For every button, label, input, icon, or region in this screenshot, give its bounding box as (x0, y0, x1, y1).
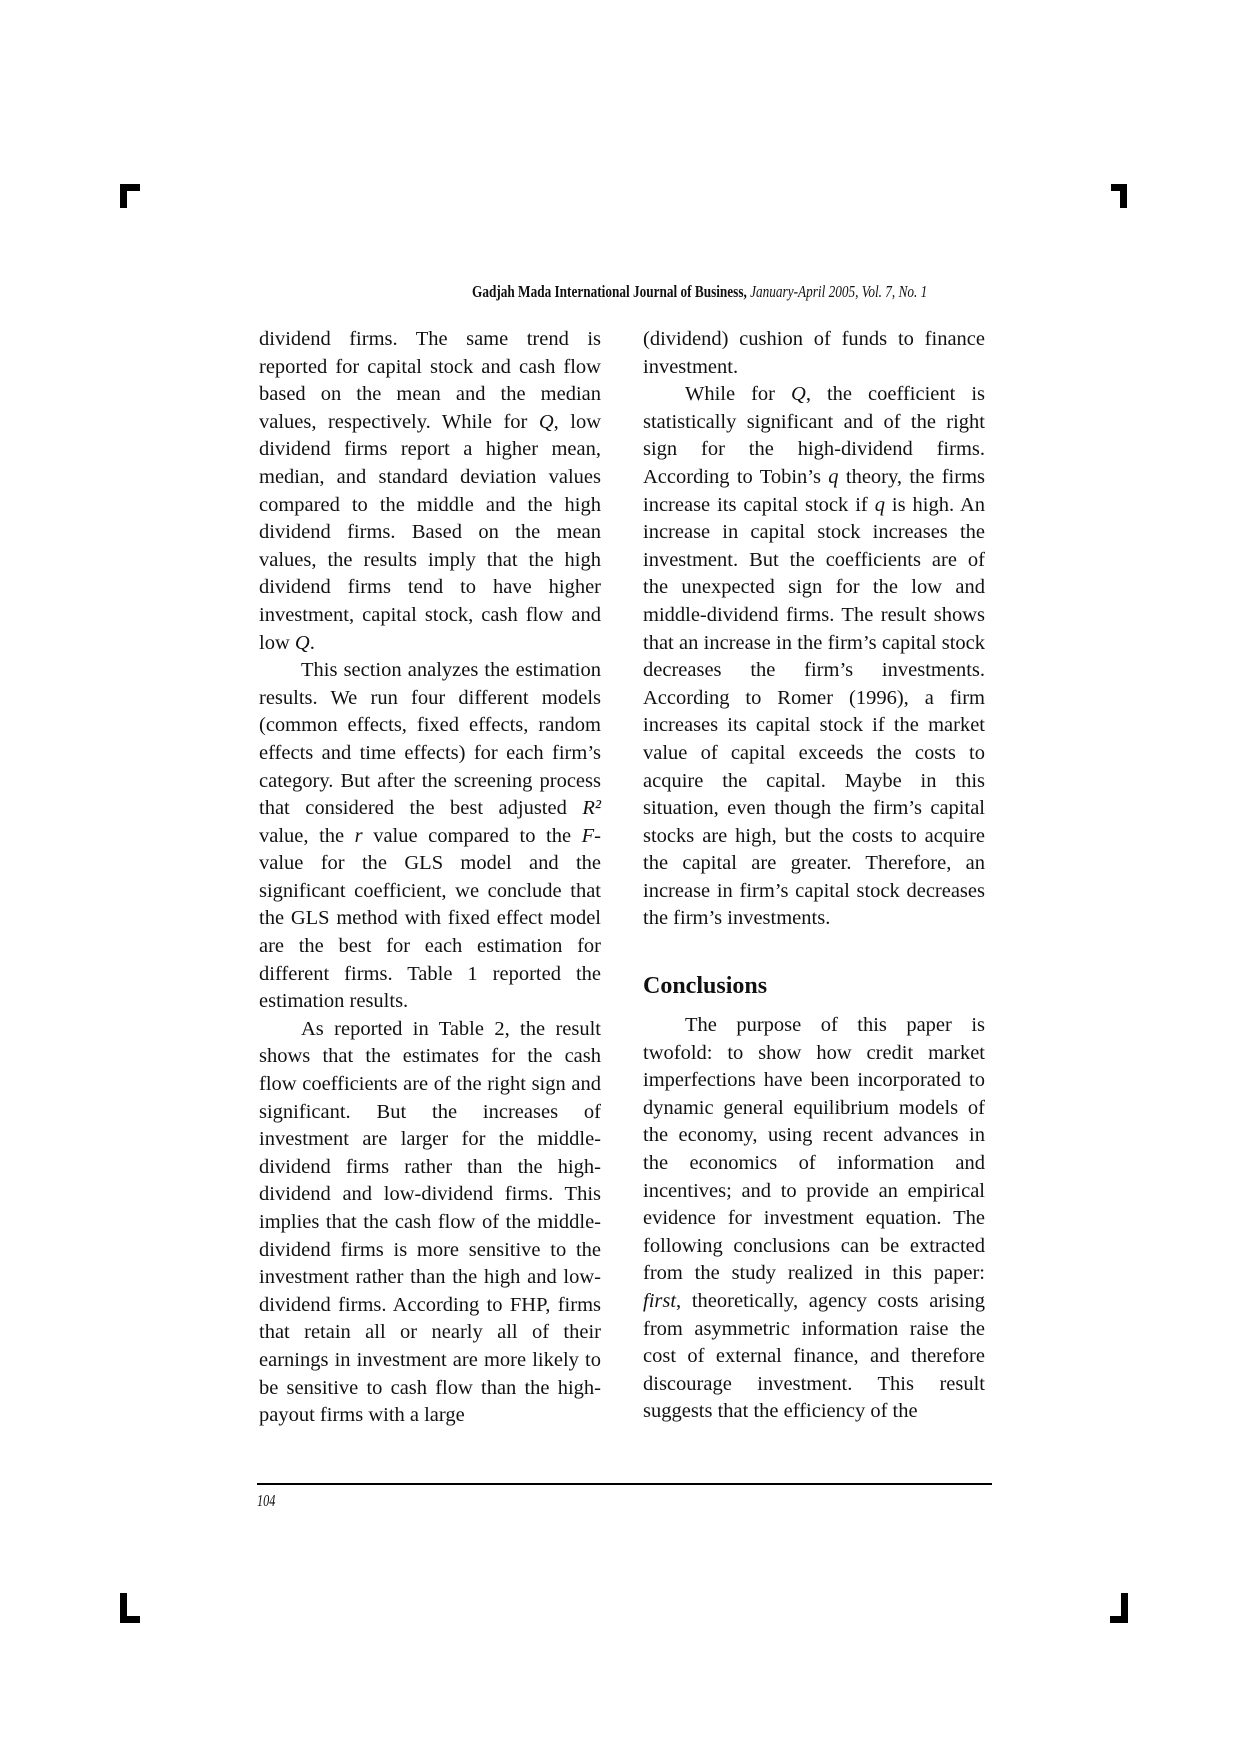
journal-issue: January-April 2005, Vol. 7, No. 1 (747, 282, 927, 301)
body-paragraph: The purpose of this paper is twofold: to… (643, 1012, 985, 1426)
section-heading-conclusions: Conclusions (643, 972, 985, 1000)
italic-term: R² (582, 797, 601, 819)
left-column: dividend firms. The same trend is report… (259, 326, 601, 1430)
footer-rule (257, 1483, 992, 1485)
journal-title: Gadjah Mada International Journal of Bus… (472, 282, 747, 301)
running-header: Gadjah Mada International Journal of Bus… (472, 282, 1018, 302)
crop-mark-top-right-horizontal (1111, 184, 1127, 191)
text-run: value compared to the (363, 825, 582, 847)
italic-term: Q (295, 632, 310, 654)
page-number: 104 (257, 1491, 275, 1511)
italic-term: first (643, 1290, 676, 1312)
italic-term: Q (539, 411, 554, 433)
italic-term: r (355, 825, 363, 847)
crop-mark-bottom-right-horizontal (1110, 1616, 1128, 1623)
body-paragraph: (dividend) cushion of funds to finance i… (643, 326, 985, 381)
text-run: . (310, 632, 315, 654)
text-run: The purpose of this paper is twofold: to… (643, 1014, 985, 1284)
text-run: This section analyzes the estimation res… (259, 659, 601, 819)
crop-mark-bottom-left-horizontal (120, 1616, 140, 1623)
text-run: As reported in Table 2, the result shows… (259, 1018, 601, 1426)
text-run: -value for the GLS model and the signifi… (259, 825, 601, 1013)
italic-term: F (582, 825, 595, 847)
text-run: , low dividend firms report a higher mea… (259, 411, 601, 654)
text-run: , theoretically, agency costs arising fr… (643, 1290, 985, 1422)
body-paragraph: While for Q, the coefficient is statisti… (643, 381, 985, 933)
text-run: is high. An increase in capital stock in… (643, 494, 985, 930)
body-paragraph: As reported in Table 2, the result shows… (259, 1016, 601, 1430)
right-column: (dividend) cushion of funds to finance i… (643, 326, 985, 1426)
italic-term: q (875, 494, 885, 516)
italic-term: Q (791, 383, 806, 405)
body-paragraph: dividend firms. The same trend is report… (259, 326, 601, 657)
body-paragraph: This section analyzes the estimation res… (259, 657, 601, 1016)
text-run: While for (685, 383, 791, 405)
crop-mark-top-left-horizontal (120, 184, 140, 191)
text-run: (dividend) cushion of funds to finance i… (643, 328, 985, 378)
italic-term: q (828, 466, 838, 488)
text-run: value, the (259, 825, 355, 847)
